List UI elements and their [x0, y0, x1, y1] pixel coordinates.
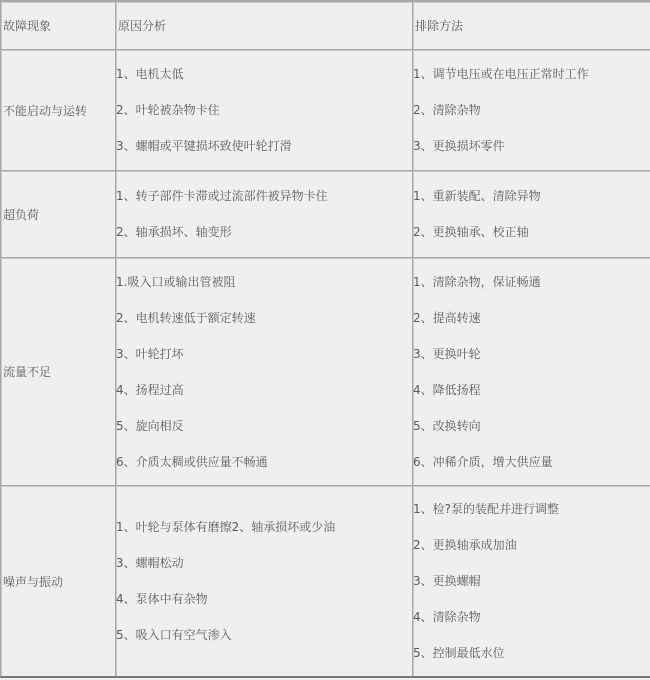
solution-cell: 1、清除杂物，保证畅通 2、提高转速 3、更换叶轮 4、降低扬程 5、改换转向 … [413, 258, 650, 486]
cause-item: 1.吸入口或输出管被阻 [116, 264, 412, 300]
solution-item: 5、控制最低水位 [413, 635, 650, 671]
solution-item: 1、清除杂物，保证畅通 [413, 264, 650, 300]
solution-item: 4、清除杂物 [413, 599, 650, 635]
cause-item: 3、叶轮打坏 [116, 336, 412, 372]
solution-item: 2、提高转速 [413, 300, 650, 336]
solution-item: 2、更换轴承成加油 [413, 527, 650, 563]
solution-item: 6、冲稀介质，增大供应量 [413, 444, 650, 480]
solution-item: 1、重新装配、清除异物 [413, 178, 650, 214]
cause-cell: 1、叶轮与泵体有磨擦2、轴承损坏或少油 3、螺帽松动 4、泵体中有杂物 5、吸入… [116, 486, 413, 676]
solution-cell: 1、调节电压或在电压正常时工作 2、清除杂物 3、更换损坏零件 [413, 50, 650, 171]
cause-item: 6、介质太稠或供应量不畅通 [116, 444, 412, 480]
cause-item: 1、叶轮与泵体有磨擦2、轴承损坏或少油 [116, 509, 412, 545]
symptom-cell: 不能启动与运转 [1, 50, 116, 171]
cause-item: 2、电机转速低于额定转速 [116, 300, 412, 336]
table-row: 超负荷 1、转子部件卡滞或过流部件被异物卡住 2、轴承损坏、轴变形 1、重新装配… [1, 171, 650, 258]
cause-item: 1、电机太低 [116, 56, 412, 92]
solution-cell: 1、检?泵的装配并进行调整 2、更换轴承成加油 3、更换螺帽 4、清除杂物 5、… [413, 486, 650, 676]
cause-item: 5、吸入口有空气渗入 [116, 617, 412, 653]
table-row: 不能启动与运转 1、电机太低 2、叶轮被杂物卡住 3、螺帽或平键损坏致使叶轮打滑… [1, 50, 650, 171]
solution-item: 2、清除杂物 [413, 92, 650, 128]
cause-item: 5、旋向相反 [116, 408, 412, 444]
symptom-cell: 噪声与振动 [1, 486, 116, 676]
solution-item: 1、调节电压或在电压正常时工作 [413, 56, 650, 92]
header-row: 故障现象 原因分析 排除方法 [1, 2, 650, 50]
solution-item: 5、改换转向 [413, 408, 650, 444]
solution-cell: 1、重新装配、清除异物 2、更换轴承、校正轴 [413, 171, 650, 258]
cause-cell: 1、电机太低 2、叶轮被杂物卡住 3、螺帽或平键损坏致使叶轮打滑 [116, 50, 413, 171]
header-solution: 排除方法 [413, 2, 650, 50]
cause-item: 3、螺帽松动 [116, 545, 412, 581]
pump-fault-table: 故障现象 原因分析 排除方法 不能启动与运转 1、电机太低 2、叶轮被杂物卡住 … [0, 0, 650, 678]
table-row: 流量不足 1.吸入口或输出管被阻 2、电机转速低于额定转速 3、叶轮打坏 4、扬… [1, 258, 650, 486]
table-row: 噪声与振动 1、叶轮与泵体有磨擦2、轴承损坏或少油 3、螺帽松动 4、泵体中有杂… [1, 486, 650, 676]
cause-item: 4、泵体中有杂物 [116, 581, 412, 617]
cause-cell: 1、转子部件卡滞或过流部件被异物卡住 2、轴承损坏、轴变形 [116, 171, 413, 258]
cause-cell: 1.吸入口或输出管被阻 2、电机转速低于额定转速 3、叶轮打坏 4、扬程过高 5… [116, 258, 413, 486]
cause-item: 1、转子部件卡滞或过流部件被异物卡住 [116, 178, 412, 214]
cause-item: 3、螺帽或平键损坏致使叶轮打滑 [116, 128, 412, 164]
header-symptom: 故障现象 [1, 2, 116, 50]
symptom-cell: 流量不足 [1, 258, 116, 486]
cause-item: 4、扬程过高 [116, 372, 412, 408]
solution-item: 3、更换损坏零件 [413, 128, 650, 164]
symptom-cell: 超负荷 [1, 171, 116, 258]
cause-item: 2、叶轮被杂物卡住 [116, 92, 412, 128]
solution-item: 3、更换螺帽 [413, 563, 650, 599]
cause-item: 2、轴承损坏、轴变形 [116, 214, 412, 250]
solution-item: 4、降低扬程 [413, 372, 650, 408]
solution-item: 3、更换叶轮 [413, 336, 650, 372]
header-cause: 原因分析 [116, 2, 413, 50]
solution-item: 1、检?泵的装配并进行调整 [413, 491, 650, 527]
solution-item: 2、更换轴承、校正轴 [413, 214, 650, 250]
